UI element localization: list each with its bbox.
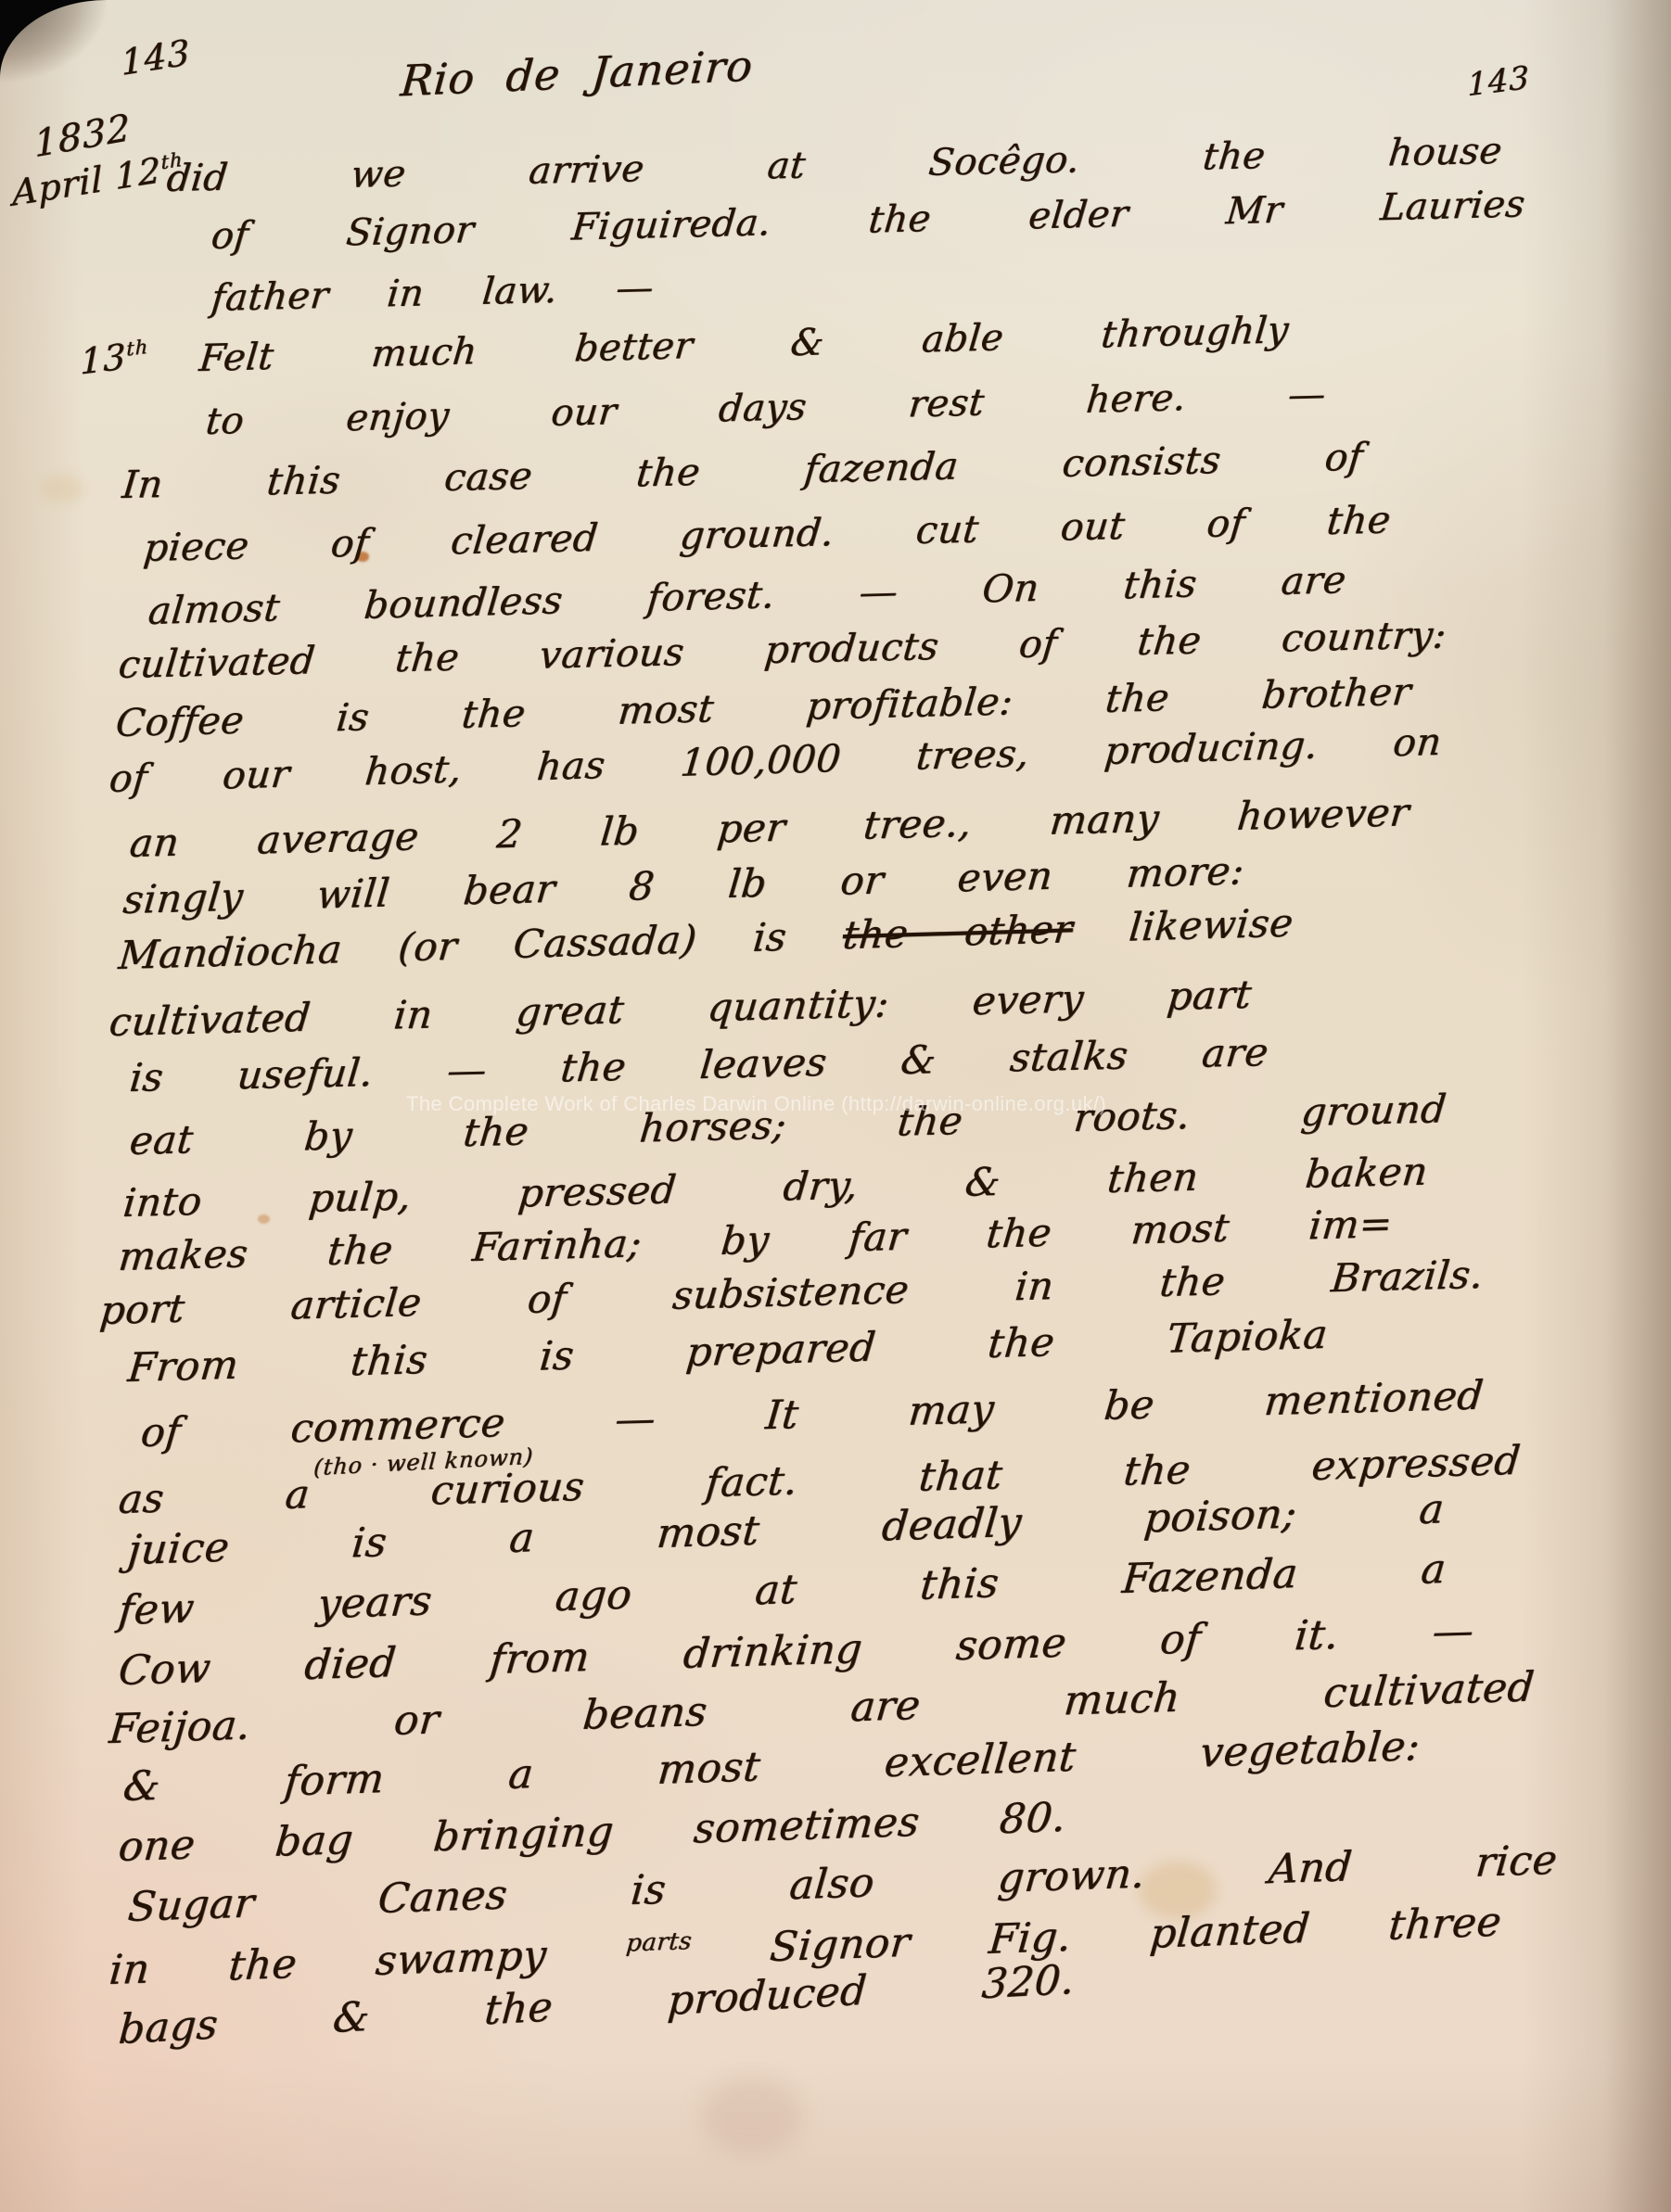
manuscript-line: In this case the fazenda consists of [120,434,1365,510]
margin-entry-day: 13th [80,333,148,382]
line-segment: likewise [1127,900,1295,950]
page-number-left: 143 [120,32,191,83]
margin-entry-day-suffix: th [126,336,148,361]
photo-background: { "page": { "background_color": "#070606… [0,0,1671,2212]
margin-entry-day-number: 13 [80,336,126,382]
manuscript-line: to enjoy our days rest here. — [204,371,1329,445]
manuscript-line: father in law. — [210,264,657,322]
line-segment: Signor Fig. planted three [768,1898,1503,1971]
interline-word: parts [625,1927,693,1958]
manuscript-page: 143 Rio de Janeiro 143 1832 April 12th 1… [0,0,1671,2212]
watermark: The Complete Work of Charles Darwin Onli… [406,1092,1106,1116]
paper-stain [41,475,83,502]
page-number-right: 143 [1467,59,1530,104]
page-title: Rio de Janeiro [399,41,755,107]
manuscript-line: Felt much better & able throughly [198,307,1291,382]
struck-words: the other [841,906,1075,958]
paper-stain [701,2077,803,2155]
line-segment: Mandiocha (or Cassada) is [117,914,789,978]
